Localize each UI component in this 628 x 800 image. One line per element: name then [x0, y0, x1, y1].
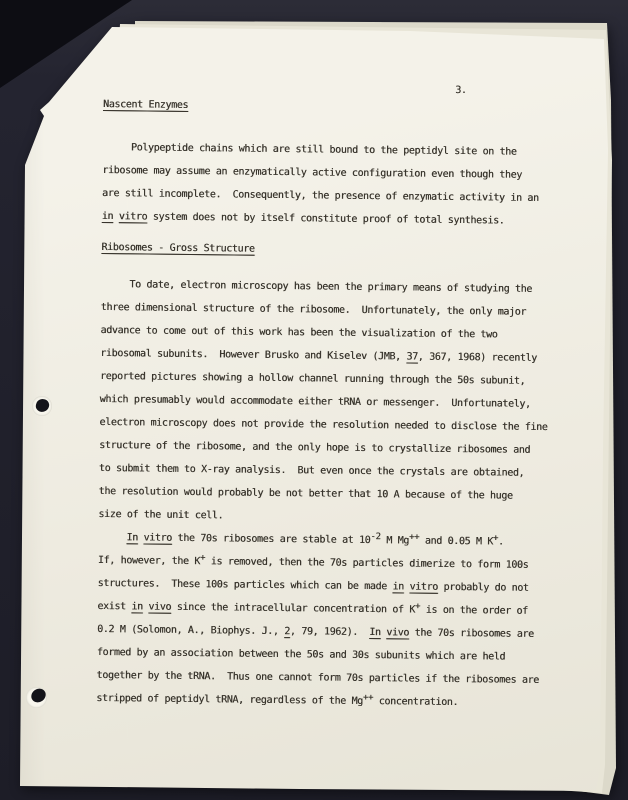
paragraph-ribosome-structure: To date, electron microscopy has been th…: [98, 273, 549, 531]
page-text-layer: 3. Nascent Enzymes Polypeptide chains wh…: [0, 0, 628, 800]
text-line: Ribosomes - Gross Structure: [101, 236, 254, 261]
typewritten-page: 3. Nascent Enzymes Polypeptide chains wh…: [0, 0, 628, 800]
text-line: in vitro system does not by itself const…: [102, 205, 539, 233]
punch-hole-top: [32, 396, 52, 416]
paragraph-ribosome-stability: In vitro the 70s ribosomes are stable at…: [96, 526, 540, 715]
page-number: 3.: [455, 79, 467, 102]
heading-ribosomes-gross-structure: Ribosomes - Gross Structure: [101, 236, 254, 261]
heading-nascent-enzymes: Nascent Enzymes: [103, 93, 188, 117]
paper-stack: 3. Nascent Enzymes Polypeptide chains wh…: [0, 0, 628, 800]
text-line: Nascent Enzymes: [103, 93, 188, 117]
punch-hole-bottom: [26, 687, 47, 708]
paragraph-nascent-enzymes: Polypeptide chains which are still bound…: [102, 136, 540, 233]
